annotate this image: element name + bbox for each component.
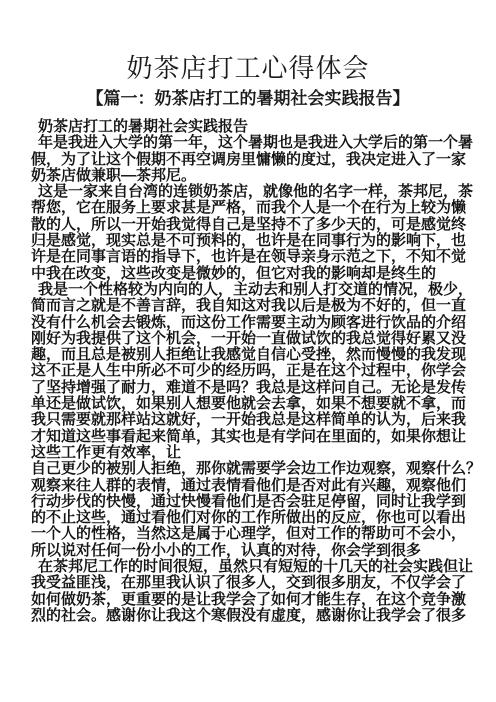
body-line: 的不止这些，通过看他们对你的工作所做出的反应，你也可以看出 [31,510,472,526]
body-line: 在茶邦尼工作的时间很短，虽然只有短短的十几天的社会实践但让 [31,559,472,575]
body-line: 简而言之就是不善言辞，我自知这对我以后是极为不好的，但一直 [31,298,472,314]
body-line: 这些工作更有效率，让 [31,445,472,461]
document-title: 奶茶店打工心得体会 [0,0,496,86]
body-line: 所以说对任何一份小小的工作，认真的对待，你会学到很多 [31,543,472,559]
body-line: 中我在改变，这些改变是微妙的，但它对我的影响却是终生的 [31,266,472,282]
body-line: 这不正是人生中所必不可少的经历吗，正是在这个过程中，你学会 [31,363,472,379]
body-line: 奶茶店打工的暑期社会实践报告 [31,119,472,135]
body-line: 了坚持增强了耐力，难道不是吗？我总是这样问自己。无论是发传 [31,380,472,396]
body-line: 一个人的性格，当然这是属于心理学，但对工作的帮助可不会小， [31,526,472,542]
body-line: 我受益匪浅，在那里我认识了很多人，交到很多朋友，不仅学会了 [31,575,472,591]
body-line: 许是在同事言语的指导下，也许是在领导亲身示范之下，不知不觉 [31,249,472,265]
body-line: 趣，而且总是被别人拒绝让我感觉自信心受挫，然而慢慢的我发现 [31,347,472,363]
body-line: 年是我进入大学的第一年，这个暑期也是我进入大学后的第一个暑 [31,135,472,151]
body-line: 刚好为我提供了这个机会，一开始一直做试饮的我总觉得好累又没 [31,331,472,347]
document-subtitle: 【篇一：奶茶店打工的暑期社会实践报告】 [0,86,496,110]
body-line: 帮您，它在服务上要求甚是严格，而我个人是一个在行为上较为懒 [31,200,472,216]
body-line: 我只需要就那样站这就好，一开始我总是这样简单的认为，后来我 [31,412,472,428]
body-line: 奶茶店做兼职—茶邦尼。 [31,168,472,184]
body-line: 烈的社会。感谢你让我这个寒假没有虚度，感谢你让我学会了很多 [31,608,472,624]
body-line: 才知道这些事看起来简单，其实也是有学问在里面的，如果你想让 [31,429,472,445]
body-line: 散的人，所以一开始我觉得自己是坚持不了多少天的，可是感觉终 [31,217,472,233]
body-line: 没有什么机会去锻炼，而这份工作需要主动为顾客进行饮品的介绍 [31,315,472,331]
body-line: 行动步伐的快慢，通过快慢看他们是否会驻足停留，同时让我学到 [31,494,472,510]
body-line: 如何做奶茶，更重要的是让我学会了如何才能生存，在这个竞争激 [31,592,472,608]
body-line: 我是一个性格较为内向的人，主动去和别人打交道的情况，极少， [31,282,472,298]
body-line: 单还是做试饮，如果别人想要他就会去拿，如果不想要就不拿，而 [31,396,472,412]
document-page: 奶茶店打工心得体会 【篇一：奶茶店打工的暑期社会实践报告】 奶茶店打工的暑期社会… [0,0,496,702]
body-line: 假，为了让这个假期不再空调房里慵懒的度过，我决定进入了一家 [31,152,472,168]
body-line: 归是感觉，现实总是不可预料的，也许是在同事行为的影响下，也 [31,233,472,249]
document-body: 奶茶店打工的暑期社会实践报告年是我进入大学的第一年，这个暑期也是我进入大学后的第… [31,119,472,624]
body-line: 观察来往人群的表情，通过表情看他们是否对此有兴趣，观察他们 [31,478,472,494]
body-line: 自己更少的被别人拒绝，那你就需要学会边工作边观察，观察什么？ [31,461,472,477]
